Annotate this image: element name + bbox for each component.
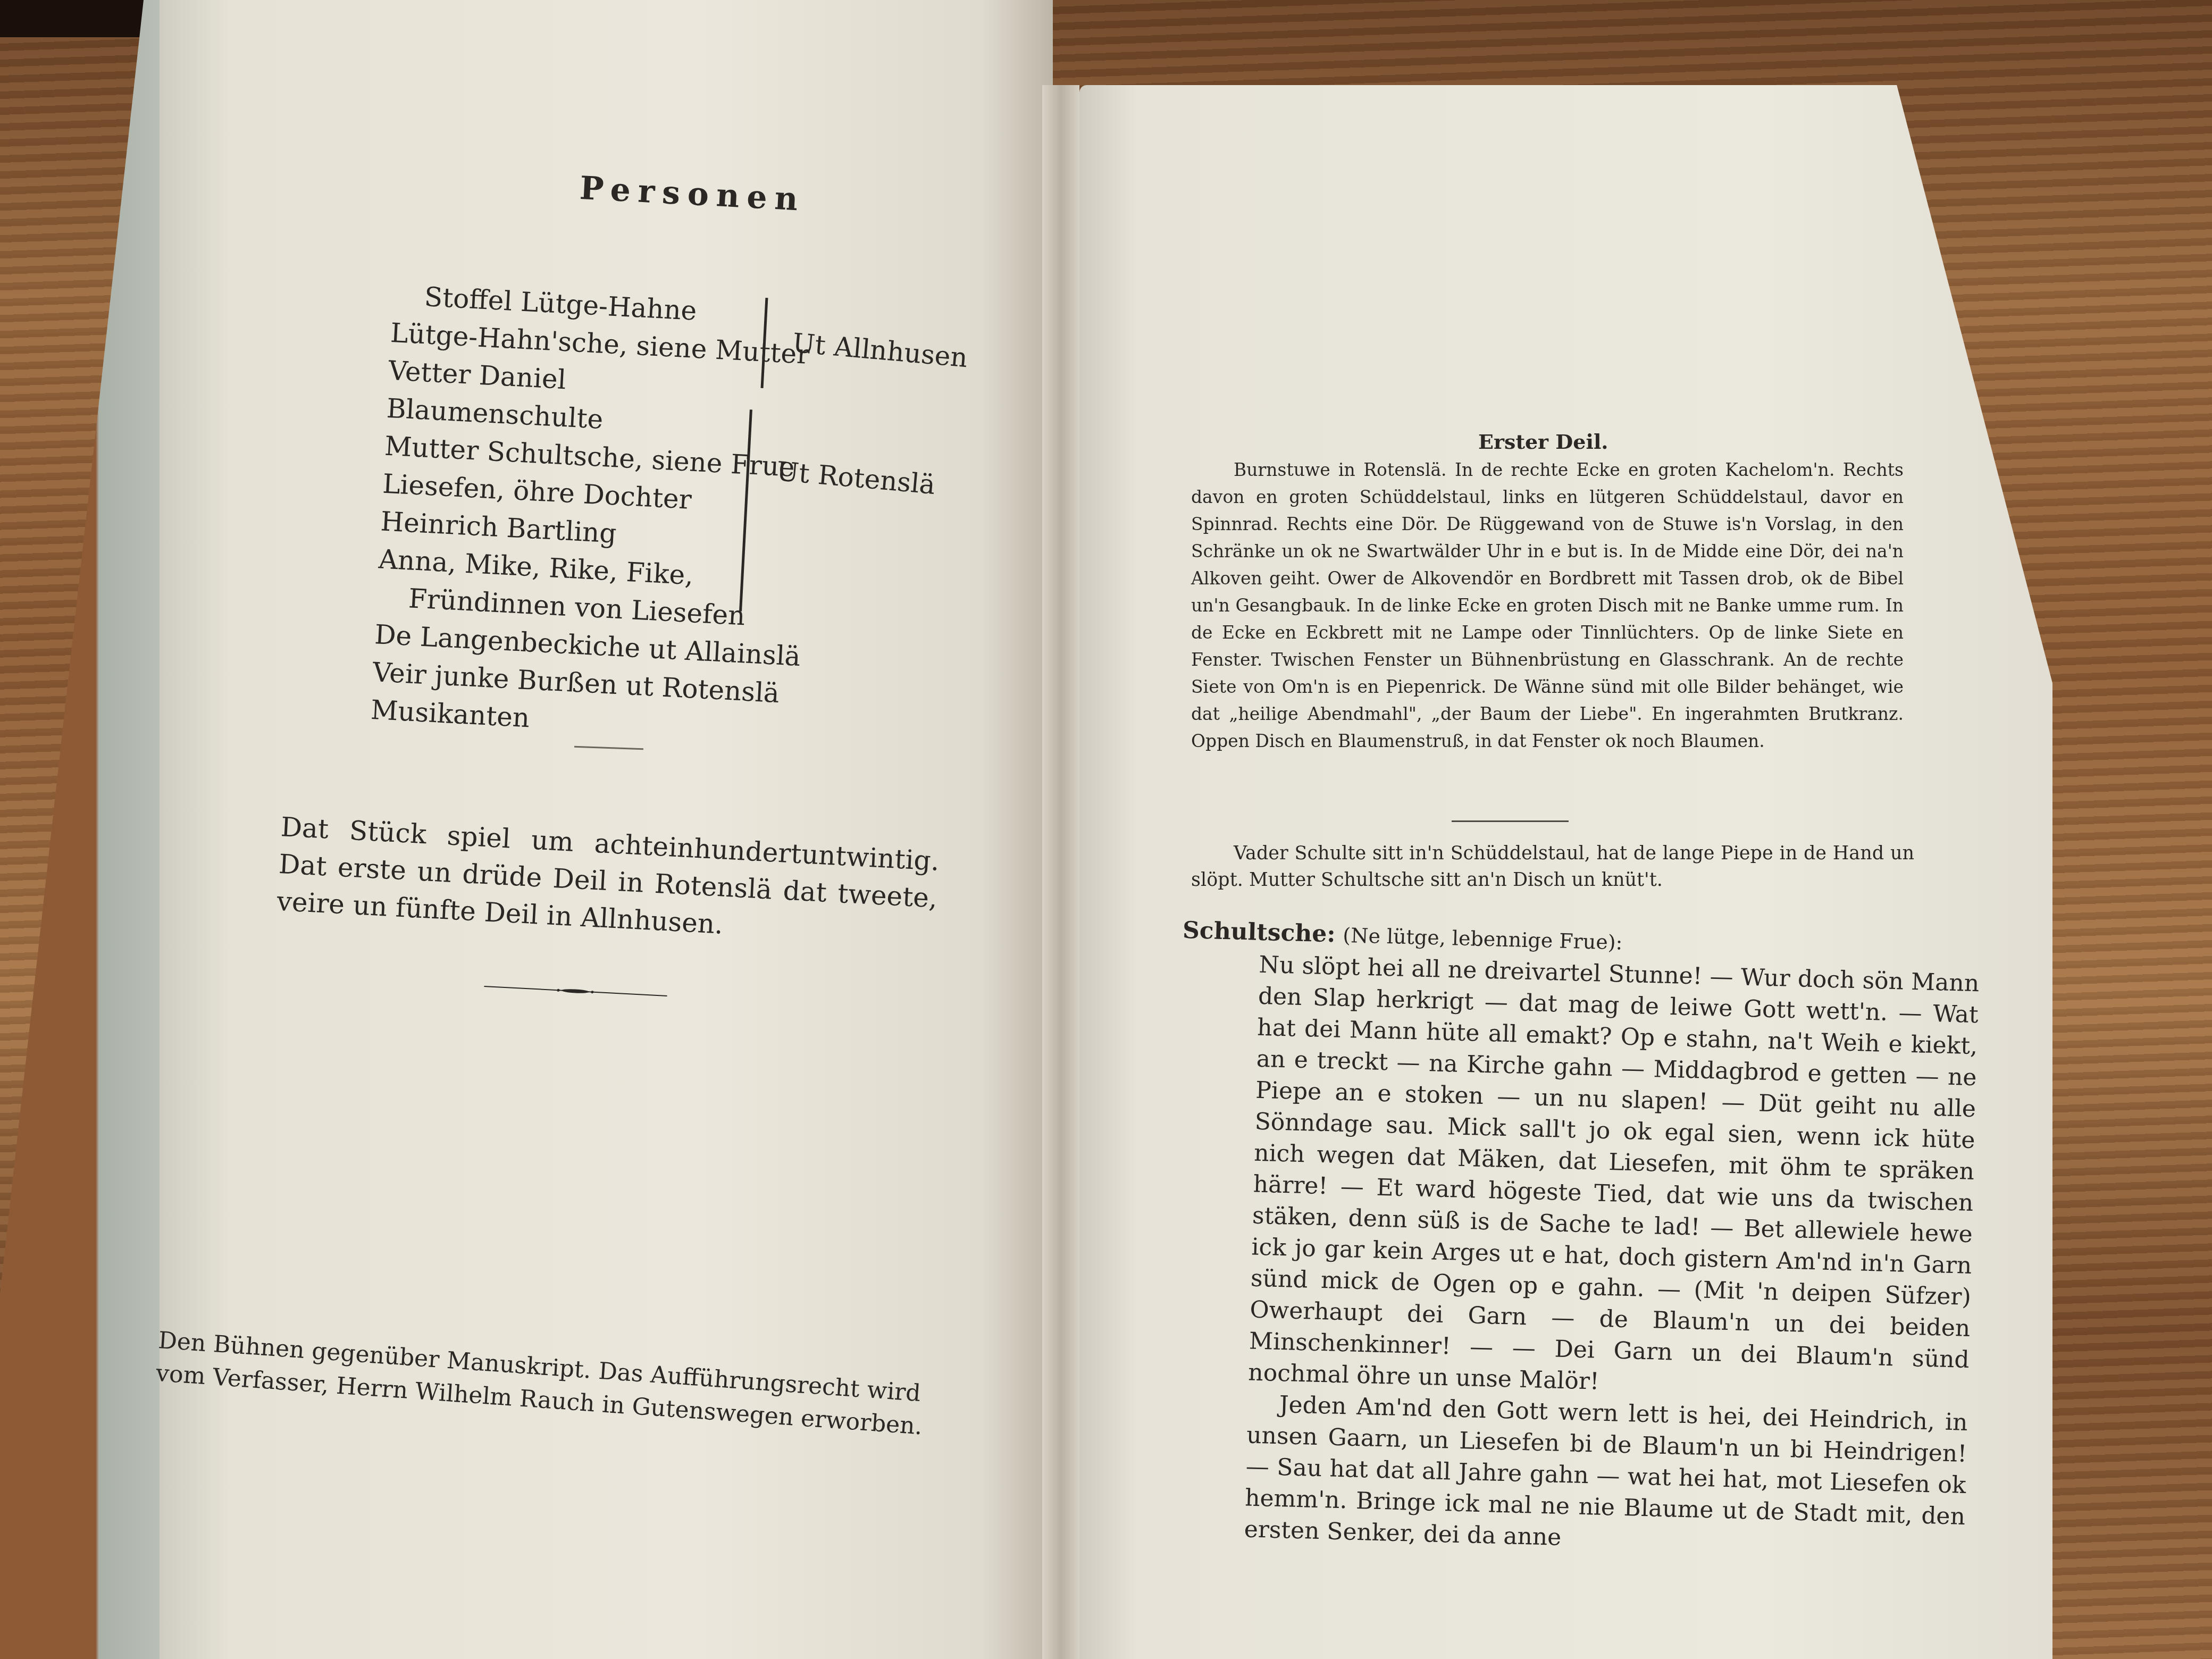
speaker-direction: (Ne lütge, lebennige Frue): (1343, 924, 1623, 954)
speaker-name: Schultsche: (1183, 917, 1336, 948)
speech-paragraph: Jeden Am'nd den Gott wern lett is hei, d… (1167, 1386, 1968, 1564)
stage-direction-text: Burnstuwe in Rotenslä. In de rechte Ecke… (1191, 456, 1904, 755)
speech-paragraph: Nu slöpt hei all ne dreivartel Stunne! —… (1171, 947, 1980, 1407)
act-title: Erster Deil. (1478, 430, 1608, 454)
divider-rule (1452, 820, 1569, 822)
opening-stage-direction-text: Vader Schulte sitt in'n Schüddelstaul, h… (1191, 840, 1914, 893)
dialogue-block: Schultsche: (Ne lütge, lebennige Frue): … (1167, 915, 1980, 1564)
cast-list: Stoffel Lütge-Hahne Lütge-Hahn'sche, sie… (370, 276, 819, 751)
opening-stage-direction: Vader Schulte sitt in'n Schüddelstaul, h… (1191, 840, 1914, 893)
stage-direction: Burnstuwe in Rotenslä. In de rechte Ecke… (1191, 456, 1904, 755)
book-gutter (1042, 85, 1079, 1659)
